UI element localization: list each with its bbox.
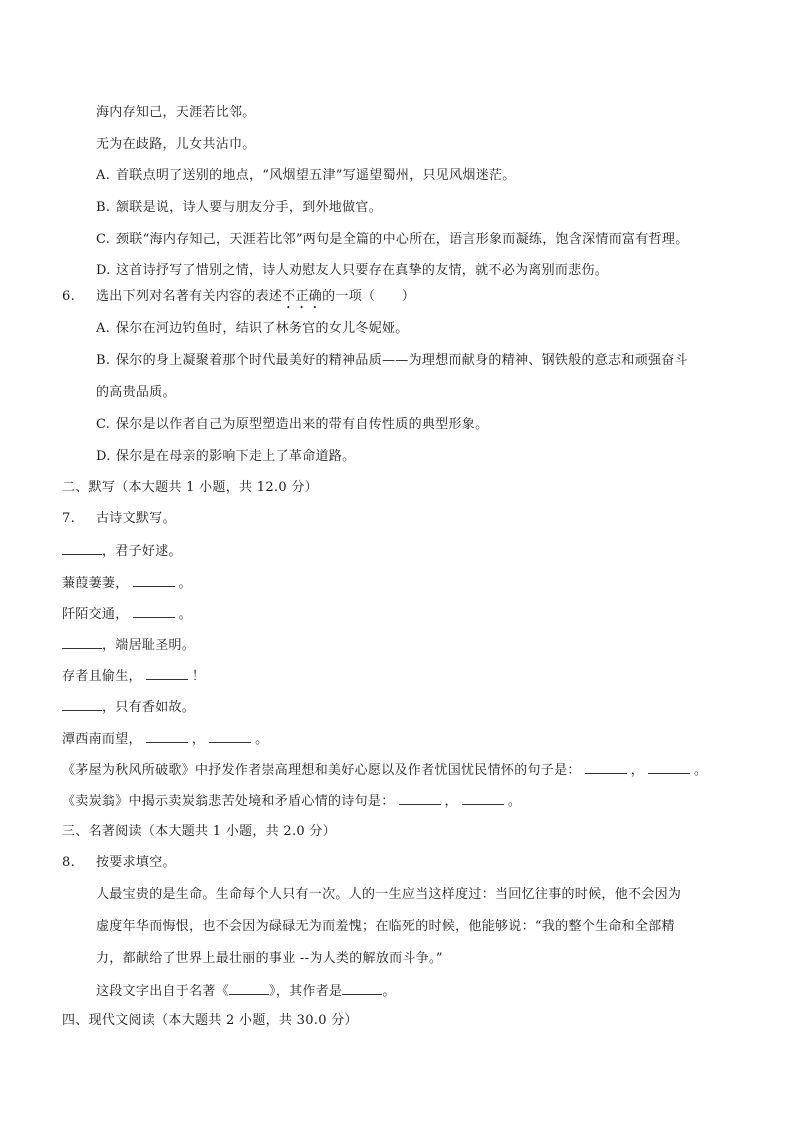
answer-blank[interactable]	[462, 792, 504, 805]
answer-blank[interactable]	[146, 730, 188, 743]
q6-option-b-continuation: 的高贵品质。	[96, 384, 176, 402]
question-number: 7.	[62, 510, 96, 528]
option-text: 保尔是在母亲的影响下走上了革命道路。	[116, 449, 355, 464]
line-text: 。	[382, 984, 395, 999]
option-label: C.	[96, 231, 116, 249]
section-heading-4: 四、现代文阅读（本大题共 2 小题，共 30.0 分）	[62, 1012, 358, 1030]
q6-option-a: A.保尔在河边钓鱼时，结识了林务官的女儿冬妮娅。	[96, 320, 409, 338]
line-text: 潭西南而望，	[62, 732, 142, 747]
q8-stem: 8.按要求填空。	[62, 854, 176, 872]
q7-line-7: 潭西南而望，，。	[62, 730, 268, 749]
section-heading-2: 二、默写（本大题共 1 小题，共 12.0 分）	[62, 479, 318, 497]
line-text: 。	[694, 763, 707, 778]
option-text: 颈联“海内存知己，天涯若比邻”两句是全篇的中心所在，语言形象而凝练，饱含深情而富…	[116, 232, 689, 247]
option-text: 颔联是说，诗人要与朋友分手，到外地做官。	[116, 200, 382, 215]
stem-text: 古诗文默写。	[96, 511, 176, 526]
option-label: D.	[96, 448, 116, 466]
section-heading-3: 三、名著阅读（本大题共 1 小题，共 2.0 分）	[62, 823, 336, 841]
line-text: 》，其作者是	[269, 984, 342, 999]
q5-option-d: D.这首诗抒写了惜别之情，诗人劝慰友人只要存在真挚的友情，就不必为离别而悲伤。	[96, 262, 608, 280]
q7-line-2: 蒹葭萋萋，。	[62, 574, 192, 593]
question-number: 6.	[62, 288, 96, 306]
line-text: ，	[631, 763, 644, 778]
line-text: ，	[445, 794, 458, 809]
stem-text: 选出下列对名著有关内容的表述	[96, 289, 282, 304]
q7-line-3: 阡陌交通，。	[62, 605, 192, 624]
q6-stem: 6.选出下列对名著有关内容的表述不正确的一项（ ）	[62, 288, 415, 312]
q8-passage-line: 力，都献给了世界上最壮丽的事业 --为人类的解放而斗争。”	[96, 950, 443, 968]
line-text: 。	[179, 607, 192, 622]
q7-line-6: ，只有香如故。	[62, 698, 195, 717]
answer-blank[interactable]	[62, 542, 102, 555]
line-text: ，只有香如故。	[102, 700, 195, 715]
q6-option-b: B.保尔的身上凝聚着那个时代最美好的精神品质——为理想而献身的精神、钢铁般的意志…	[96, 352, 688, 370]
line-text: 。	[508, 794, 521, 809]
option-text: 首联点明了送别的地点，“风烟望五津”写遥望蜀州，只见风烟迷茫。	[116, 168, 516, 183]
emphasis-text: 不正确	[282, 289, 322, 304]
q6-option-c: C.保尔是以作者自己为原型塑造出来的带有自传性质的典型形象。	[96, 416, 488, 434]
q5-option-b: B.颔联是说，诗人要与朋友分手，到外地做官。	[96, 199, 382, 217]
q7-line-5: 存者且偷生，！	[62, 667, 205, 686]
line-text: ，端居耻圣明。	[102, 638, 195, 653]
answer-blank[interactable]	[133, 574, 175, 587]
q7-line-8: 《茅屋为秋风所破歌》中抒发作者崇高理想和美好心愿以及作者忧国忧民情怀的句子是：，…	[62, 761, 707, 780]
line-text: 《卖炭翁》中揭示卖炭翁悲苦处境和矛盾心情的诗句是：	[62, 794, 395, 809]
q8-fill-line: 这段文字出自于名著《》，其作者是。	[96, 982, 396, 1001]
question-number: 8.	[62, 854, 96, 872]
q5-option-c: C.颈联“海内存知己，天涯若比邻”两句是全篇的中心所在，语言形象而凝练，饱含深情…	[96, 231, 689, 249]
line-text: 蒹葭萋萋，	[62, 576, 129, 591]
stem-text: 按要求填空。	[96, 855, 176, 870]
answer-blank[interactable]	[229, 982, 269, 995]
q7-line-9: 《卖炭翁》中揭示卖炭翁悲苦处境和矛盾心情的诗句是：，。	[62, 792, 521, 811]
q7-stem: 7.古诗文默写。	[62, 510, 176, 528]
answer-blank[interactable]	[62, 698, 102, 711]
stem-text: 的一项（ ）	[322, 289, 415, 304]
line-text: 。	[255, 732, 268, 747]
answer-blank[interactable]	[209, 730, 251, 743]
q8-passage-line: 虚度年华而悔恨，也不会因为碌碌无为而羞愧；在临死的时候，他能够说：“我的整个生命…	[96, 918, 675, 936]
option-text: 保尔是以作者自己为原型塑造出来的带有自传性质的典型形象。	[116, 417, 488, 432]
option-label: C.	[96, 416, 116, 434]
line-text: 。	[179, 576, 192, 591]
line-text: ，君子好逑。	[102, 544, 182, 559]
answer-blank[interactable]	[133, 605, 175, 618]
line-text: 阡陌交通，	[62, 607, 129, 622]
answer-blank[interactable]	[146, 667, 188, 680]
option-label: D.	[96, 262, 116, 280]
line-text: 存者且偷生，	[62, 669, 142, 684]
answer-blank[interactable]	[399, 792, 441, 805]
poem-line: 海内存知己，天涯若比邻。	[96, 104, 256, 122]
option-label: B.	[96, 199, 116, 217]
line-text: 这段文字出自于名著《	[96, 984, 229, 999]
line-text: ，	[192, 732, 205, 747]
option-label: A.	[96, 167, 116, 185]
q6-option-d: D.保尔是在母亲的影响下走上了革命道路。	[96, 448, 355, 466]
q7-line-1: ，君子好逑。	[62, 542, 182, 561]
option-text: 这首诗抒写了惜别之情，诗人劝慰友人只要存在真挚的友情，就不必为离别而悲伤。	[116, 263, 608, 278]
q5-option-a: A.首联点明了送别的地点，“风烟望五津”写遥望蜀州，只见风烟迷茫。	[96, 167, 516, 185]
option-label: B.	[96, 352, 116, 370]
answer-blank[interactable]	[648, 761, 690, 774]
line-text: 《茅屋为秋风所破歌》中抒发作者崇高理想和美好心愿以及作者忧国忧民情怀的句子是：	[62, 763, 581, 778]
q8-passage-line: 人最宝贵的是生命。生命每个人只有一次。人的一生应当这样度过：当回忆往事的时候，他…	[96, 886, 681, 904]
option-text: 保尔在河边钓鱼时，结识了林务官的女儿冬妮娅。	[116, 321, 409, 336]
option-label: A.	[96, 320, 116, 338]
answer-blank[interactable]	[342, 982, 382, 995]
option-text: 保尔的身上凝聚着那个时代最美好的精神品质——为理想而献身的精神、钢铁般的意志和顽…	[116, 353, 688, 368]
answer-blank[interactable]	[585, 761, 627, 774]
line-text: ！	[192, 669, 205, 684]
q7-line-4: ，端居耻圣明。	[62, 636, 195, 655]
poem-line: 无为在歧路，儿女共沾巾。	[96, 136, 256, 154]
answer-blank[interactable]	[62, 636, 102, 649]
